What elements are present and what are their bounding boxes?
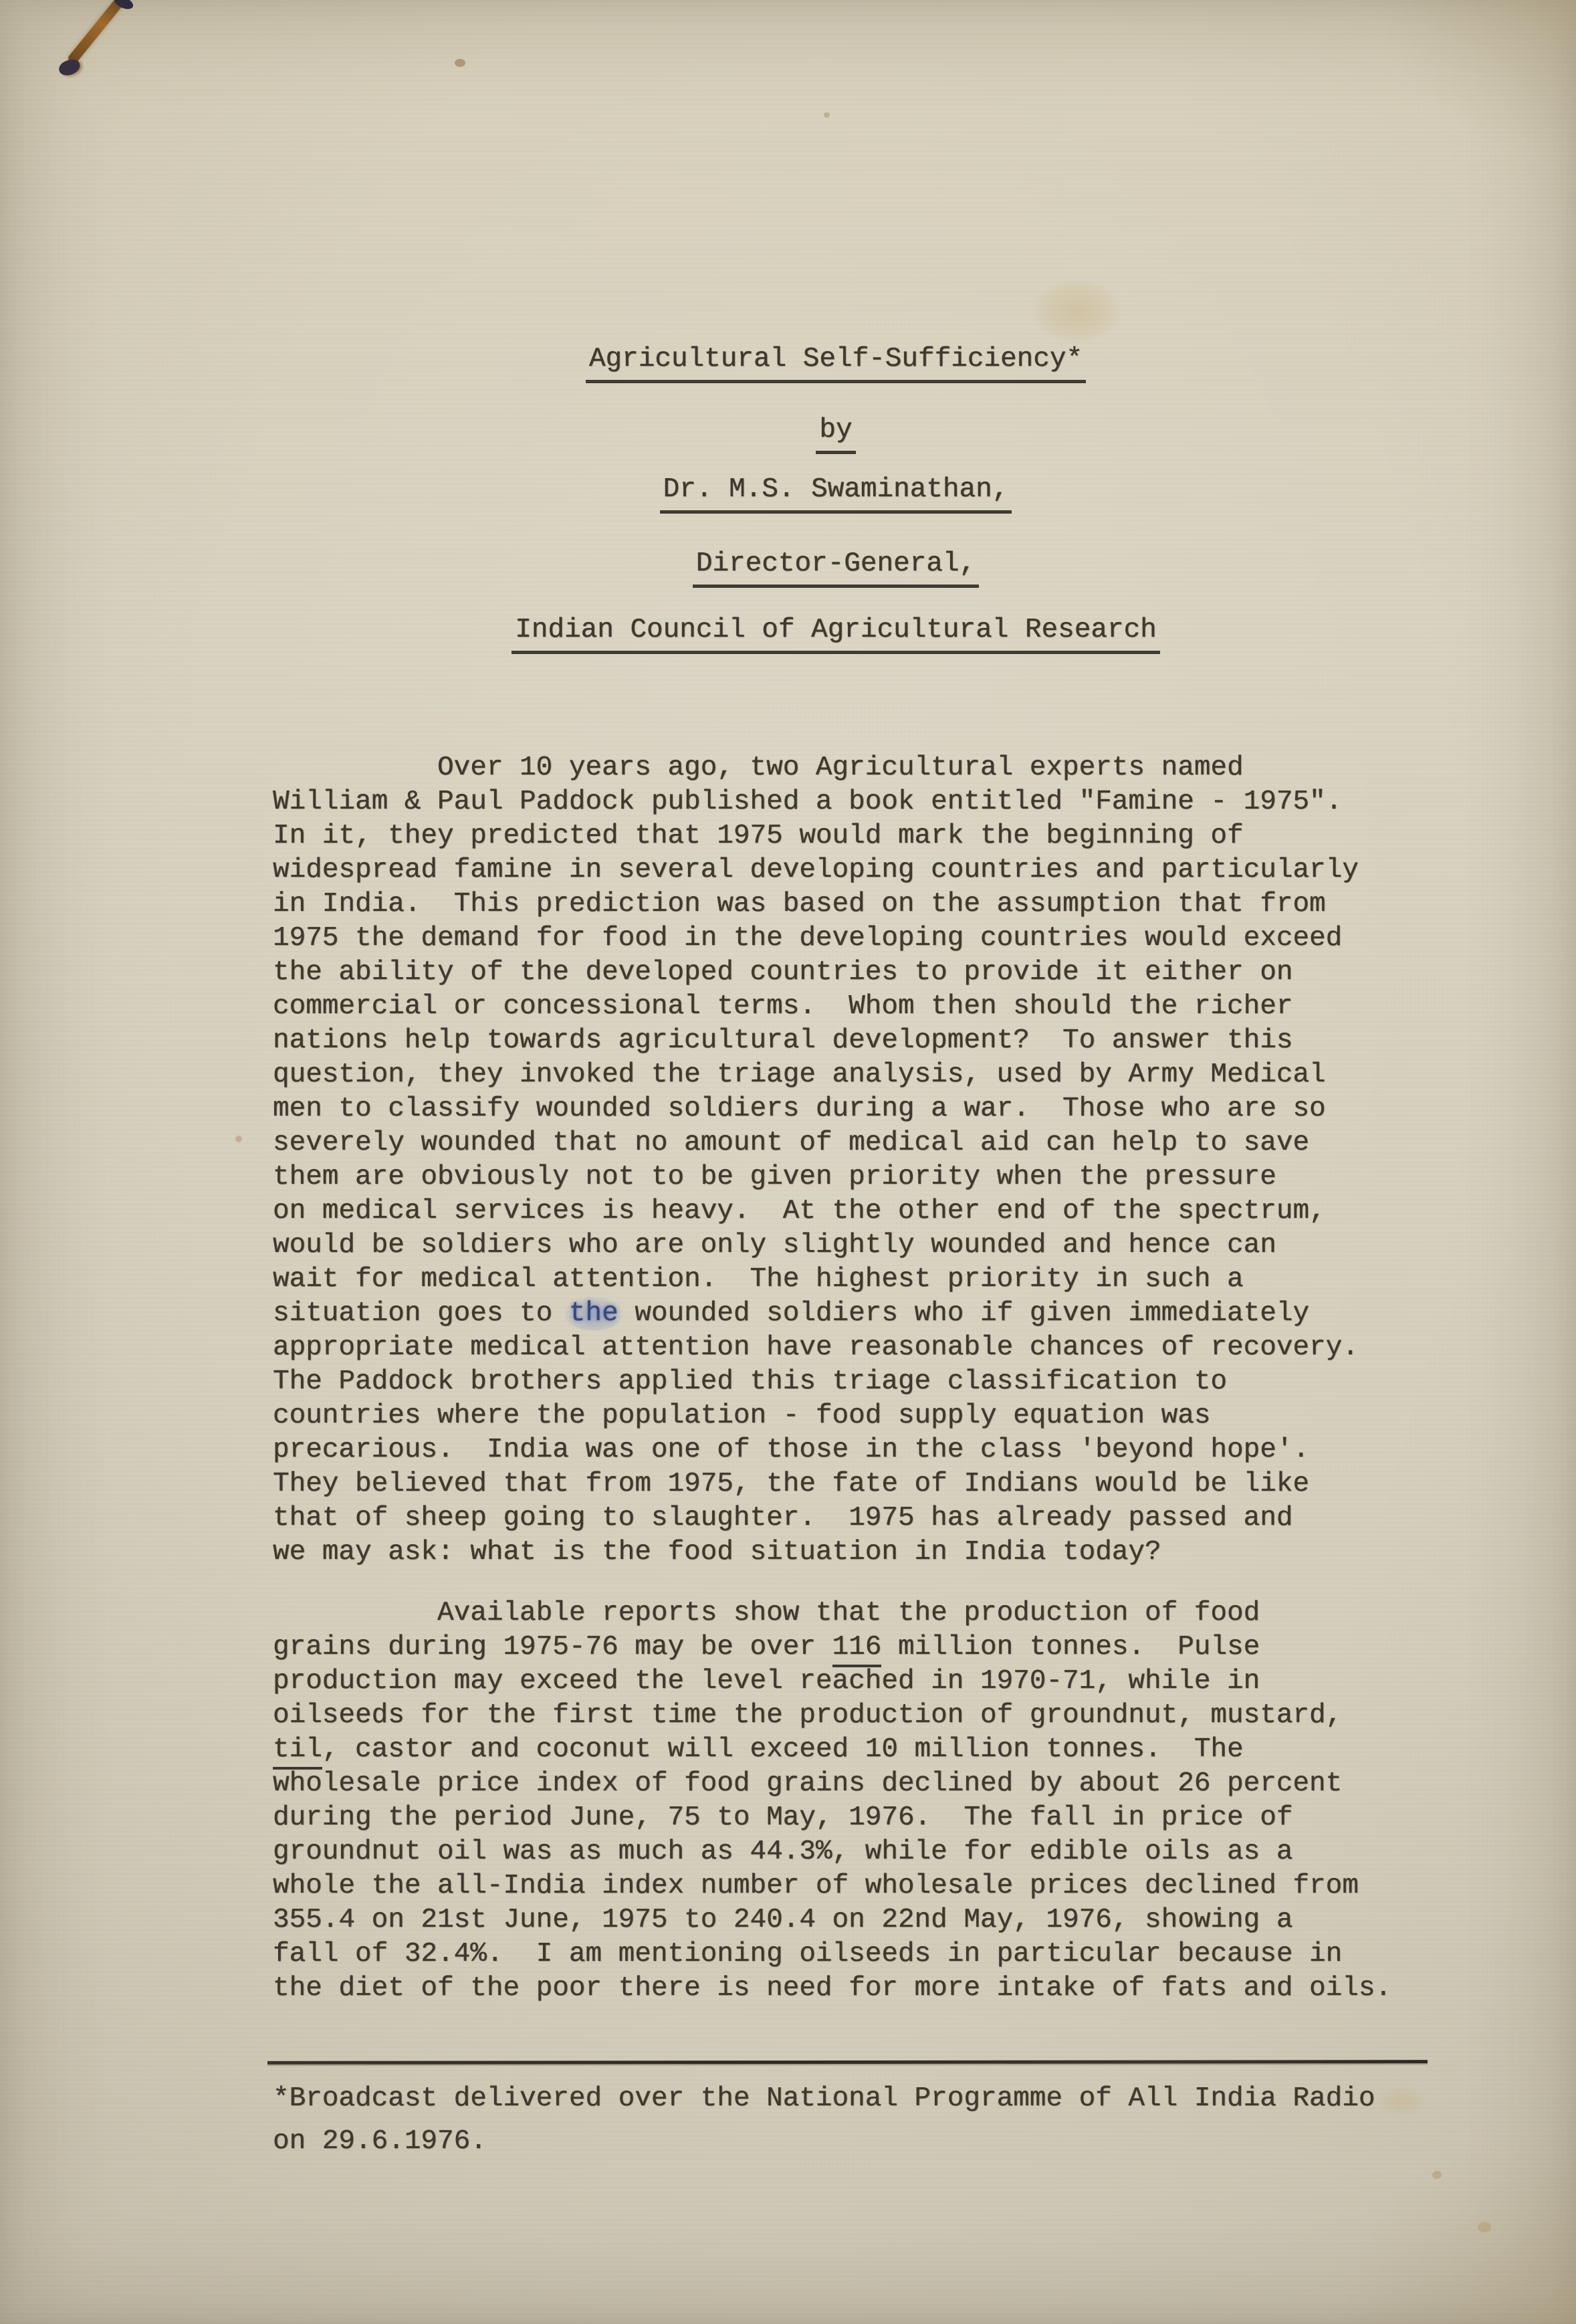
footnote-line: *Broadcast delivered over the National P… xyxy=(273,2077,1375,2120)
paragraph: Available reports show that the producti… xyxy=(273,1596,1391,2006)
text-line: on medical services is heavy. At the oth… xyxy=(273,1194,1359,1229)
underlined-word: til xyxy=(273,1734,322,1770)
text-line: precarious. India was one of those in th… xyxy=(273,1433,1359,1467)
text-line: severely wounded that no amount of medic… xyxy=(273,1126,1359,1160)
text-line: wait for medical attention. The highest … xyxy=(273,1263,1359,1297)
scanned-document-page: Agricultural Self-Sufficiency*byDr. M.S.… xyxy=(0,0,1576,2324)
text-line: wholesale price index of food grains dec… xyxy=(273,1767,1391,1801)
footnote: *Broadcast delivered over the National P… xyxy=(273,2077,1375,2163)
text-line: fall of 32.4%. I am mentioning oilseeds … xyxy=(273,1937,1391,1972)
title-line: Director-General, xyxy=(267,547,1404,581)
paper-speck xyxy=(235,1136,242,1142)
text-line: commercial or concessional terms. Whom t… xyxy=(273,990,1359,1024)
text-line: that of sheep going to slaughter. 1975 h… xyxy=(273,1501,1359,1536)
staple-rust-mark xyxy=(66,0,128,66)
paper-stain xyxy=(1375,2085,1428,2117)
paper-stain xyxy=(1033,280,1120,343)
staple-rust-mark-end xyxy=(58,58,82,77)
text-line: The Paddock brothers applied this triage… xyxy=(273,1365,1359,1399)
title-line: Dr. M.S. Swaminathan, xyxy=(267,473,1404,507)
text-line: They believed that from 1975, the fate o… xyxy=(273,1467,1359,1501)
text-line: nations help towards agricultural develo… xyxy=(273,1024,1359,1058)
paragraph: Over 10 years ago, two Agricultural expe… xyxy=(273,751,1359,1570)
text-line: oilseeds for the first time the producti… xyxy=(273,1699,1391,1733)
text-line: them are obviously not to be given prior… xyxy=(273,1160,1359,1194)
text-line: 1975 the demand for food in the developi… xyxy=(273,922,1359,956)
text-line: groundnut oil was as much as 44.3%, whil… xyxy=(273,1835,1391,1869)
text-line: countries where the population - food su… xyxy=(273,1399,1359,1433)
text-line: widespread famine in several developing … xyxy=(273,853,1359,887)
text-line: 355.4 on 21st June, 1975 to 240.4 on 22n… xyxy=(273,1903,1391,1937)
text-line: grains during 1975-76 may be over 116 mi… xyxy=(273,1630,1391,1665)
text-line: William & Paul Paddock published a book … xyxy=(273,785,1359,819)
text-line: the diet of the poor there is need for m… xyxy=(273,1972,1391,2006)
footnote-line: on 29.6.1976. xyxy=(273,2120,1375,2163)
text-line: appropriate medical attention have reaso… xyxy=(273,1331,1359,1365)
text-line: In it, they predicted that 1975 would ma… xyxy=(273,819,1359,853)
text-line: Over 10 years ago, two Agricultural expe… xyxy=(273,751,1359,785)
text-line: til, castor and coconut will exceed 10 m… xyxy=(273,1733,1391,1767)
title-line: Agricultural Self-Sufficiency* xyxy=(267,342,1404,377)
text-line: would be soldiers who are only slightly … xyxy=(273,1229,1359,1263)
paper-corner-shading xyxy=(1375,0,1576,161)
title-block: Agricultural Self-Sufficiency*byDr. M.S.… xyxy=(267,342,1404,647)
text-line: during the period June, 75 to May, 1976.… xyxy=(273,1801,1391,1835)
paper-speck xyxy=(455,59,465,67)
text-line: in India. This prediction was based on t… xyxy=(273,887,1359,922)
text-line: production may exceed the level reached … xyxy=(273,1665,1391,1699)
text-line: we may ask: what is the food situation i… xyxy=(273,1536,1359,1570)
text-line: men to classify wounded soldiers during … xyxy=(273,1092,1359,1126)
text-line: question, they invoked the triage analys… xyxy=(273,1058,1359,1092)
ink-smudge-word: the xyxy=(565,1297,623,1330)
text-line: the ability of the developed countries t… xyxy=(273,956,1359,990)
underlined-word: 116 xyxy=(832,1632,882,1667)
text-line: Available reports show that the producti… xyxy=(273,1596,1391,1630)
footnote-rule xyxy=(267,2060,1428,2065)
title-line: by xyxy=(267,413,1404,447)
text-line: whole the all-India index number of whol… xyxy=(273,1869,1391,1903)
paper-speck xyxy=(824,112,830,118)
text-line: situation goes to the wounded soldiers w… xyxy=(273,1297,1359,1331)
title-line: Indian Council of Agricultural Research xyxy=(267,613,1404,647)
